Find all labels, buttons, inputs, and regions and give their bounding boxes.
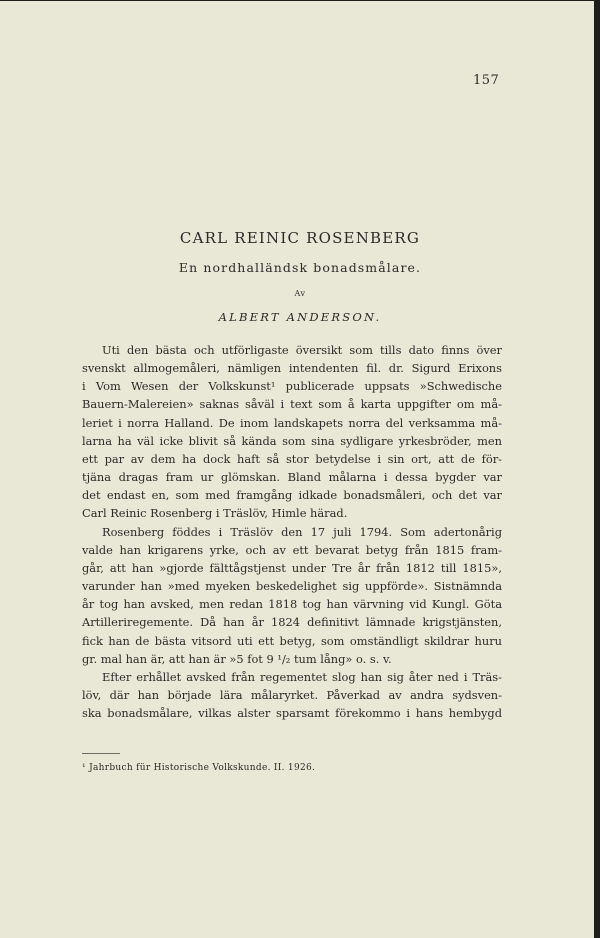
document-page: 157 CARL REINIC ROSENBERG En nordhalländ…	[0, 1, 594, 938]
text-line: det endast en, som med framgång idkade b…	[82, 486, 502, 504]
text-line: Uti den bästa och utförligaste översikt …	[82, 341, 502, 359]
text-line: tjäna dragas fram ur glömskan. Bland mål…	[82, 468, 502, 486]
text-line: Rosenberg föddes i Träslöv den 17 juli 1…	[82, 523, 502, 541]
text-line: Bauern-Malereien» saknas såväl i text so…	[82, 395, 502, 413]
byline-prefix: Av	[0, 289, 600, 298]
text-line: i Vom Wesen der Volkskunst¹ publicerade …	[82, 377, 502, 395]
paragraph-2: Rosenberg föddes i Träslöv den 17 juli 1…	[82, 523, 502, 668]
text-line: ska bonadsmålare, vilkas alster sparsamt…	[82, 704, 502, 722]
text-line: Artilleriregemente. Då han år 1824 defin…	[82, 613, 502, 631]
text-line: löv, där han började lära målaryrket. På…	[82, 686, 502, 704]
text-line: leriet i norra Halland. De inom landskap…	[82, 414, 502, 432]
footnote-divider	[82, 753, 120, 754]
body-text: Uti den bästa och utförligaste översikt …	[82, 341, 502, 722]
text-line: valde han krigarens yrke, och av ett bev…	[82, 541, 502, 559]
text-line: gr. mal han är, att han är »5 fot 9 ¹/₂ …	[82, 650, 502, 668]
article-subtitle: En nordhalländsk bonadsmålare.	[0, 260, 600, 275]
text-line: varunder han »med myeken beskedelighet s…	[82, 577, 502, 595]
text-line: svenskt allmogemåleri, nämligen intenden…	[82, 359, 502, 377]
text-line: Carl Reinic Rosenberg i Träslöv, Himle h…	[82, 504, 502, 522]
text-line: ett par av dem ha dock haft så stor bety…	[82, 450, 502, 468]
article-title: CARL REINIC ROSENBERG	[0, 229, 600, 247]
footnote: ¹ Jahrbuch für Historische Volkskunde. I…	[82, 763, 315, 773]
text-line: fick han de bästa vitsord uti ett betyg,…	[82, 632, 502, 650]
text-line: går, att han »gjorde fälttågstjenst unde…	[82, 559, 502, 577]
text-line: år tog han avsked, men redan 1818 tog ha…	[82, 595, 502, 613]
page-number: 157	[473, 73, 499, 88]
paragraph-1: Uti den bästa och utförligaste översikt …	[82, 341, 502, 523]
paragraph-3: Efter erhållet avsked från regementet sl…	[82, 668, 502, 722]
author-name: ALBERT ANDERSON.	[0, 310, 600, 324]
text-line: larna ha väl icke blivit så kända som si…	[82, 432, 502, 450]
text-line: Efter erhållet avsked från regementet sl…	[82, 668, 502, 686]
